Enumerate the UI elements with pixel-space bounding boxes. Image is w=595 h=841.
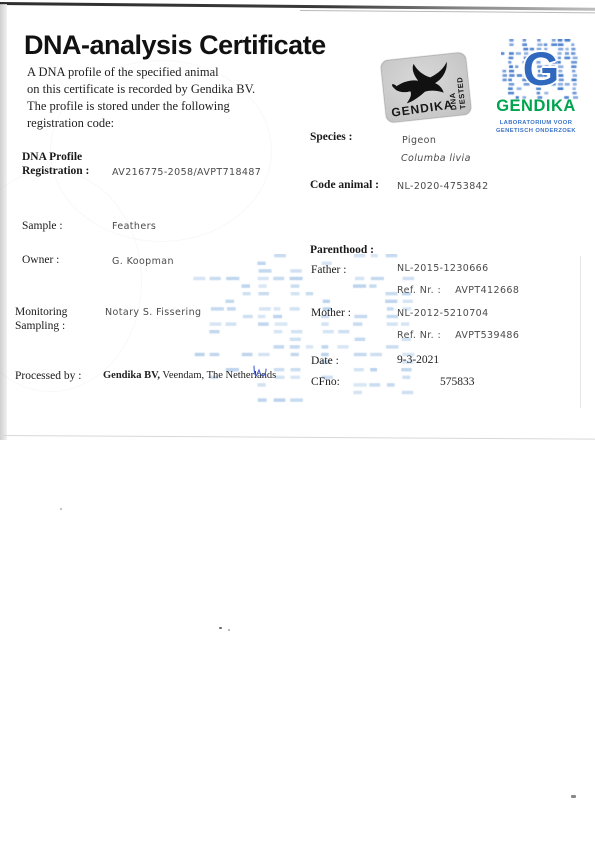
paper-bottom-edge: [0, 435, 595, 440]
certificate-intro: A DNA profile of the specified animal on…: [27, 64, 277, 132]
certificate-title: DNA-analysis Certificate: [24, 30, 326, 61]
father-ref-label: Ref. Nr. :: [397, 285, 441, 296]
dna-profile-registration-value: AV216775-2058/AVPT718487: [112, 167, 261, 178]
sample-label: Sample :: [22, 219, 63, 233]
paper-top-edge: [0, 2, 595, 11]
date-label: Date :: [311, 354, 339, 368]
mother-ref-row: Ref. Nr. :AVPT539486: [397, 330, 519, 341]
father-value: NL-2015-1230666: [397, 263, 489, 274]
mother-label: Mother :: [311, 306, 351, 320]
intro-line: The profile is stored under the followin…: [27, 98, 277, 115]
paper-crease: [580, 256, 581, 408]
monitoring-sampling-value: Notary S. Fissering: [105, 307, 201, 318]
mother-ref-label: Ref. Nr. :: [397, 330, 441, 341]
processed-by-label: Processed by :: [15, 369, 81, 383]
sample-value: Feathers: [112, 221, 156, 232]
gendika-logo-wordmark: GENDIKA: [489, 97, 583, 116]
logo-subtitle-line2: GENETISCH ONDERZOEK: [489, 128, 583, 136]
paper-top-edge-secondary: [300, 10, 595, 13]
code-animal-value: NL-2020-4753842: [397, 181, 489, 192]
scan-speck: [228, 629, 230, 631]
scan-speck: [571, 795, 576, 798]
processed-by-company: Gendika BV,: [103, 370, 160, 381]
handwritten-initials-signature: [252, 364, 268, 384]
scan-speck: [60, 508, 62, 510]
cfno-label: CFno:: [311, 375, 340, 389]
owner-label: Owner :: [22, 253, 59, 267]
logo-subtitle-line1: LABORATORIUM VOOR: [489, 120, 583, 128]
cfno-value: 575833: [440, 376, 475, 388]
dna-profile-registration-label: DNA Profile Registration :: [22, 150, 89, 178]
gendika-logo-subtitle: LABORATORIUM VOOR GENETISCH ONDERZOEK: [489, 120, 583, 135]
mother-ref-value: AVPT539486: [455, 330, 519, 341]
parenthood-label: Parenthood :: [310, 243, 374, 257]
intro-line: on this certificate is recorded by Gendi…: [27, 81, 277, 98]
scanned-certificate-page: G GENDIKA LABORATORIUM VOOR GENETISCH ON…: [0, 0, 595, 841]
scan-speck: [219, 627, 222, 629]
intro-line: A DNA profile of the specified animal: [27, 64, 277, 81]
species-label: Species :: [310, 130, 352, 144]
species-latin-name: Columba livia: [401, 153, 471, 164]
father-ref-value: AVPT412668: [455, 285, 519, 296]
owner-value: G. Koopman: [112, 256, 174, 267]
processed-by-value: Gendika BV, Veendam, The Netherlands: [103, 370, 276, 381]
father-label: Father :: [311, 263, 346, 277]
monitoring-sampling-label: Monitoring Sampling :: [15, 305, 67, 333]
dna-tested-stamp: GENDIKA DNA TESTED: [380, 52, 472, 124]
species-value: Pigeon: [402, 135, 436, 146]
intro-line: registration code:: [27, 115, 277, 132]
father-ref-row: Ref. Nr. :AVPT412668: [397, 285, 519, 296]
code-animal-label: Code animal :: [310, 178, 379, 192]
mother-value: NL-2012-5210704: [397, 308, 489, 319]
gendika-logo-letter: G: [505, 40, 577, 98]
date-value: 9-3-2021: [397, 354, 439, 366]
